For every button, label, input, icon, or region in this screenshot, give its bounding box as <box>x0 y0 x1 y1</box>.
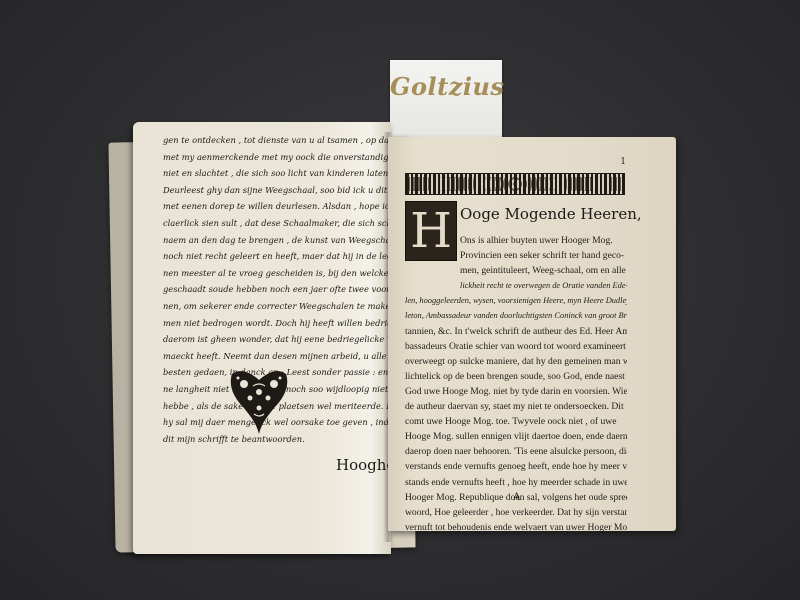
bookmark-label: Goltzius <box>390 72 502 101</box>
text-line: claerlick sien sult , dat dese Schaalmak… <box>163 215 389 232</box>
text-line: comt uwe Hooge Mog. toe. Twyvele oock ni… <box>405 414 627 429</box>
text-line: God uwe Hooge Mog. niet by tyde darin en… <box>405 384 627 399</box>
text-line: vernuft tot behoudenis ende welvaert van… <box>405 520 627 531</box>
signature-mark: A <box>513 492 520 503</box>
right-page: 1 H Ooge Mogende Heeren, Ons is alhier b… <box>388 137 676 531</box>
right-page-text: Ons is alhier buyten uwer Hooger Mog. Pr… <box>405 233 627 531</box>
text-line: verstands ende vernufts genoeg heeft, en… <box>405 459 627 474</box>
text-line: de autheur daervan sy, staet my niet te … <box>405 399 627 414</box>
left-page: gen te ontdecken , tot dienste van u al … <box>133 122 391 554</box>
text-line: met my aenmerckende met my oock die onve… <box>163 149 389 166</box>
page-number: 1 <box>620 157 626 167</box>
text-line: Provincien een seker schrift ter hand ge… <box>405 248 627 263</box>
text-line: woord, Hoe geleerder , hoe verkeerder. D… <box>405 505 627 520</box>
text-line: noch niet recht geleert en heeft, maer d… <box>163 248 389 265</box>
text-line: nen, om sekerer ende correcter Weegschal… <box>163 298 389 315</box>
text-line: stands ende vernufts heeft , hoe hy meer… <box>405 475 627 490</box>
text-line: daerop doen naer behooren. 'Tis eene als… <box>405 444 627 459</box>
text-line: lichtelick op de been brengen soude, soo… <box>405 369 627 384</box>
text-line: maeckt heeft. Neemt dan desen mijnen arb… <box>163 348 389 365</box>
text-line: niet en slachtet , die sich soo licht va… <box>163 165 389 182</box>
text-line: gen te ontdecken , tot dienste van u al … <box>163 132 389 149</box>
text-line: men, geintituleert, Weeg-schaal, om en a… <box>405 263 627 278</box>
text-line: nen meester al te vroeg gescheiden is, b… <box>163 265 389 282</box>
text-line: bassadeurs Oratie schier van woord tot w… <box>405 339 627 354</box>
text-line: men niet bedrogen wordt. Doch hij heeft … <box>163 315 389 332</box>
text-line: daerom ist gheen wonder, dat hij eene be… <box>163 331 389 348</box>
text-line: Hooge Mog. sullen ennigen vlijt daertoe … <box>405 429 627 444</box>
goltzius-bookmark-card: Goltzius <box>390 60 502 138</box>
text-line: met eenen dorep te willen deurlesen. Als… <box>163 198 389 215</box>
text-line: geschaadt soude hebben noch een jaer oft… <box>163 281 389 298</box>
text-line: lickheit recht te overwegen de Oratie va… <box>405 278 627 293</box>
text-line: leton, Ambassadeur vanden doorluchtigste… <box>405 308 627 323</box>
text-line: Deurleest ghy dan sijne Weegschaal, soo … <box>163 182 389 199</box>
text-line: overweegt op sulcke maniere, dat hy den … <box>405 354 627 369</box>
page-heading: Ooge Mogende Heeren, <box>460 205 642 223</box>
text-line: tannien, &c. In t'welck schrift de authe… <box>405 324 627 339</box>
text-line: naem an den dag te brengen , de kunst va… <box>163 232 389 249</box>
headpiece-ornament-icon <box>405 173 625 195</box>
text-line: Ons is alhier buyten uwer Hooger Mog. <box>405 233 627 248</box>
fleuron-ornament-icon <box>228 368 290 436</box>
text-line: len, hooggeleerden, wysen, voorsienigen … <box>405 293 627 308</box>
